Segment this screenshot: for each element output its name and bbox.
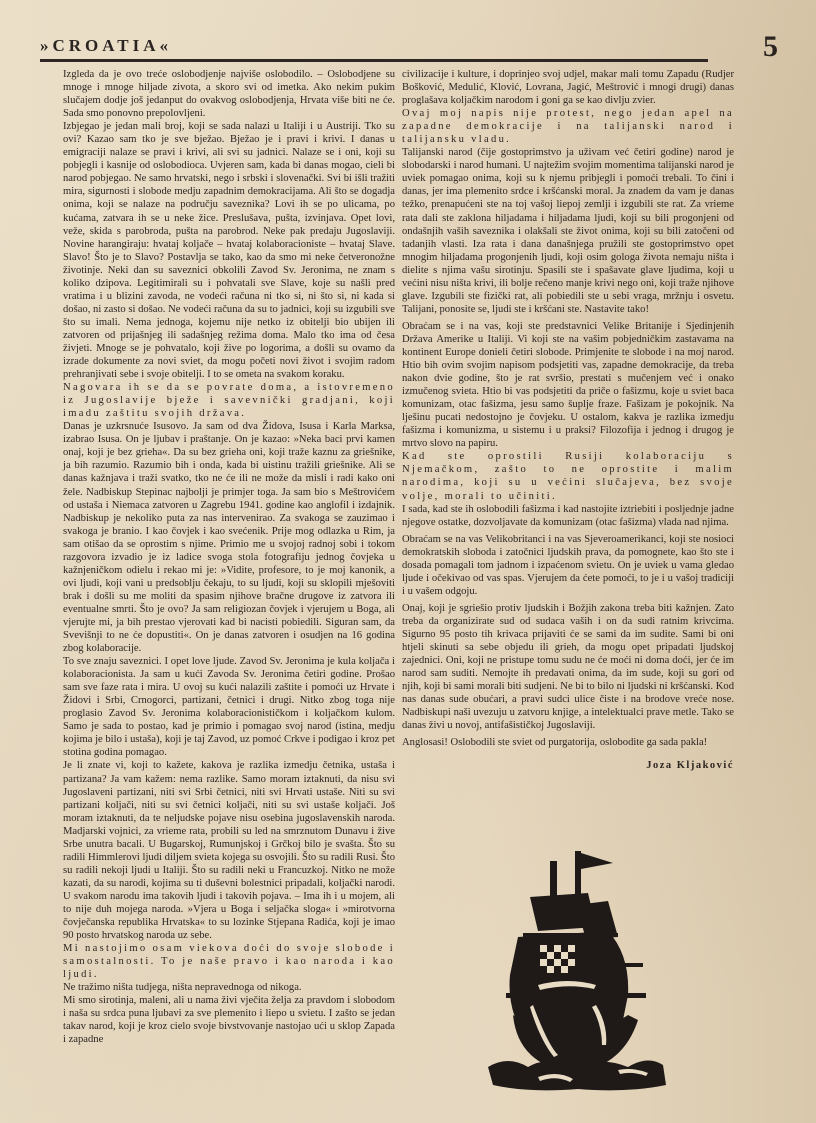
paragraph: civilizacije i kulture, i doprinjeo svoj… [402, 68, 734, 107]
masthead-rule [40, 59, 708, 62]
left-column: Izgleda da je ovo treće oslobodjenje naj… [63, 68, 395, 1047]
paragraph: Mi smo sirotinja, maleni, ali u nama živ… [63, 994, 395, 1046]
paragraph: Izgleda da je ovo treće oslobodjenje naj… [63, 68, 395, 120]
paragraph: Ne tražimo ništa tudjega, ništa nepraved… [63, 981, 395, 994]
paragraph: Anglosasi! Oslobodili ste sviet od purga… [402, 736, 734, 749]
masthead: »CROATIA« 5 [40, 28, 780, 64]
paragraph: Obraćam se i na vas, koji ste predstavni… [402, 320, 734, 450]
publication-title: »CROATIA« [40, 36, 172, 56]
paragraph-emphasis: Nagovara ih se da se povrate doma, a ist… [63, 381, 395, 420]
ship-illustration-icon [478, 845, 683, 1095]
paragraph: Je li znate vi, koji to kažete, kakova j… [63, 759, 395, 942]
paragraph: Onaj, koji je sgriešio protiv ljudskih i… [402, 602, 734, 732]
paragraph: Obraćam se na vas Velikobritanci i na va… [402, 533, 734, 598]
paragraph: I sada, kad ste ih oslobodili fašizma i … [402, 503, 734, 529]
paragraph-emphasis: Ovaj moj napis nije protest, nego jedan … [402, 107, 734, 146]
author-signature: Joza Kljaković [402, 759, 734, 772]
paragraph: Danas je uzkrsnuće Isusovo. Ja sam od dv… [63, 420, 395, 655]
paragraph: Izbjegao je jedan mali broj, koji se sad… [63, 120, 395, 381]
right-column: civilizacije i kulture, i doprinjeo svoj… [402, 68, 734, 772]
paragraph-emphasis: Mi nastojimo osam viekova doći do svoje … [63, 942, 395, 981]
magazine-page: »CROATIA« 5 Izgleda da je ovo treće oslo… [0, 0, 816, 1123]
paragraph-emphasis: Kad ste oprostili Rusiji kolaboraciju s … [402, 450, 734, 502]
page-number: 5 [763, 30, 778, 64]
paragraph: To sve znaju saveznici. I opet love ljud… [63, 655, 395, 759]
paragraph: Talijanski narod (čije gostoprimstvo ja … [402, 146, 734, 316]
